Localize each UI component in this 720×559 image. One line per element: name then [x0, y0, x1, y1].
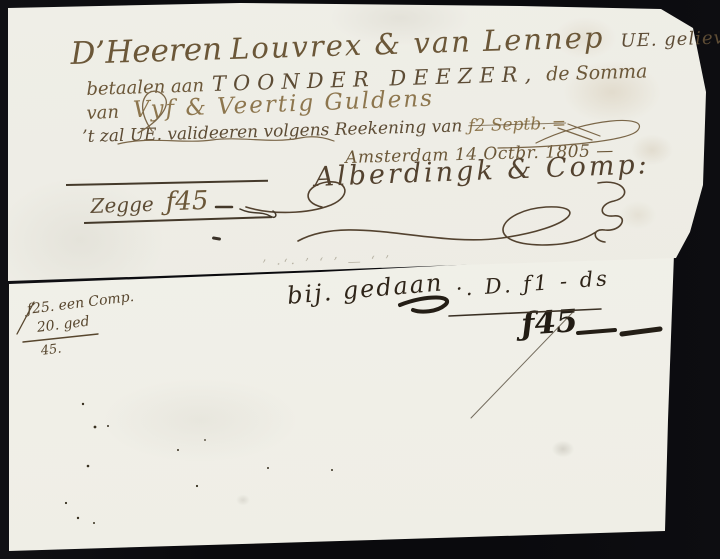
zegge-line: Zeggeƒ45 — [90, 186, 209, 220]
salutation-text: UE. gelieve te — [620, 26, 720, 51]
somma-phrase: de Somma — [546, 60, 648, 85]
photo-backdrop: D’HeerenLouvrex & van LennepUE. gelieve … — [0, 0, 720, 559]
addressee-prefix: D’Heeren — [70, 31, 223, 72]
zegge-amount: ƒ45 — [165, 186, 209, 217]
zegge-label: Zegge — [90, 192, 154, 218]
validation-reference-struck: ƒ2 Septb. = — [468, 113, 566, 136]
endorsement-total: ƒ45 — [520, 303, 579, 343]
calc-note-total: 45. — [40, 341, 62, 358]
van-word: van — [86, 102, 119, 124]
